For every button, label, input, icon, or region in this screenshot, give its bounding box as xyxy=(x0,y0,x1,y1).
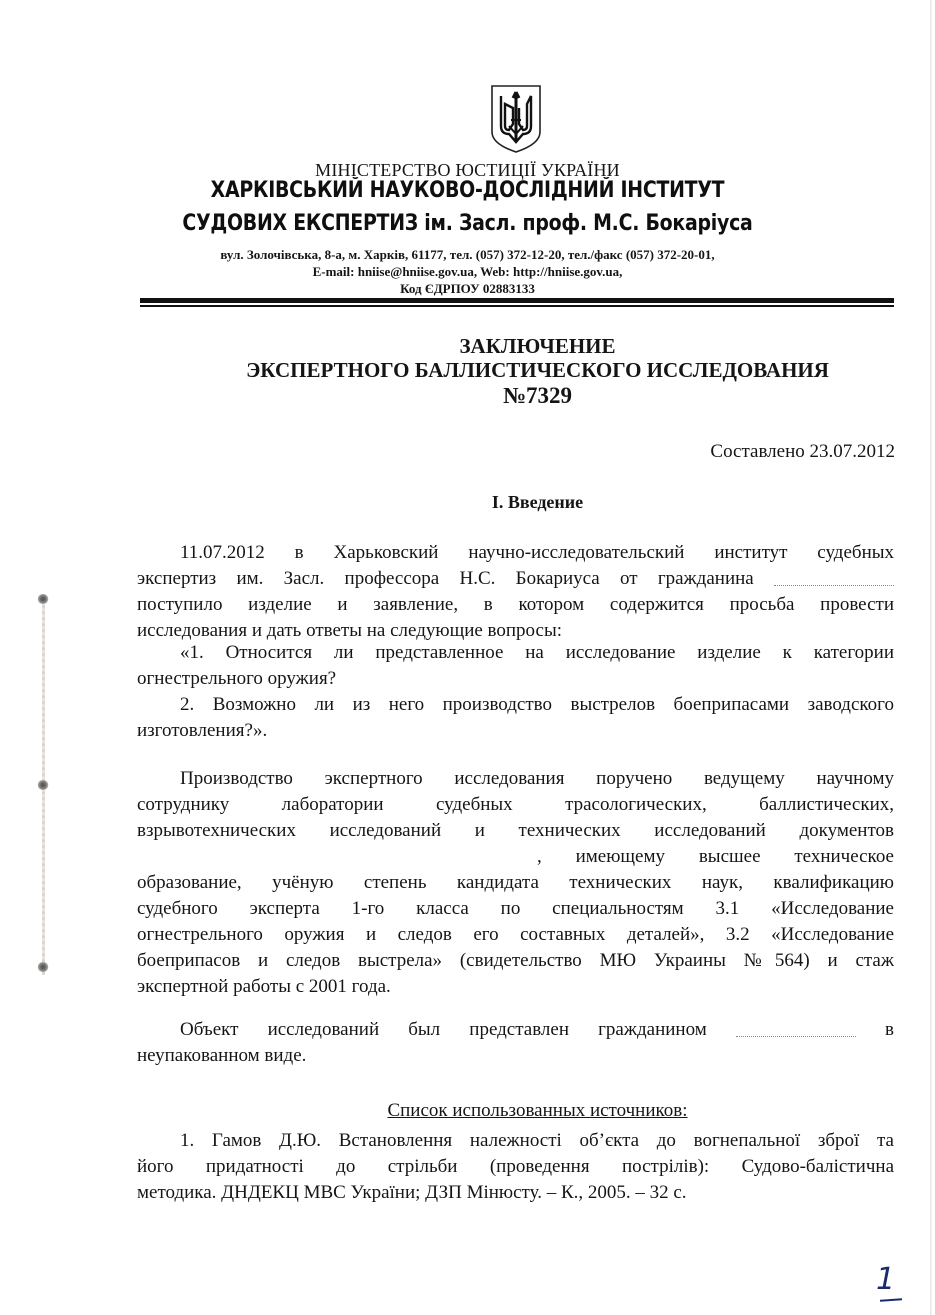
question-1-line: «1. Относится ли представленное на иссле… xyxy=(137,640,894,666)
institute-name-line2: СУДОВИХ ЕКСПЕРТИЗ ім. Засл. проф. М.С. Б… xyxy=(65,211,869,236)
institute-email-web: E-mail: hniise@hniise.gov.ua, Web: http:… xyxy=(0,263,935,280)
thread-knot-top xyxy=(37,594,49,604)
references-heading: Список использованных источников: xyxy=(0,1100,935,1122)
institute-address: вул. Золочівська, 8-а, м. Харків, 61177,… xyxy=(0,246,935,263)
question-2-line: 2. Возможно ли из него производство выст… xyxy=(137,692,894,718)
thread-knot-middle xyxy=(37,780,49,790)
paragraph-line: судебного эксперта 1-го класса по специа… xyxy=(137,896,894,922)
question-2-line: изготовления?». xyxy=(137,718,894,744)
paragraph-line-with-redaction: экспертиз им. Засл. профессора Н.С. Бока… xyxy=(137,566,894,592)
document-title-line2: ЭКСПЕРТНОГО БАЛЛИСТИЧЕСКОГО ИССЛЕДОВАНИЯ xyxy=(0,358,935,383)
letterhead-separator-thin xyxy=(140,305,894,307)
paragraph-line: неупакованном виде. xyxy=(137,1043,894,1069)
question-1-line: огнестрельного оружия? xyxy=(137,666,894,692)
paragraph-line: сотруднику лаборатории судебных трасолог… xyxy=(137,792,894,818)
paragraph-line-text: в xyxy=(885,1019,894,1040)
document-number: №7329 xyxy=(0,383,935,409)
compiled-date: Составлено 23.07.2012 xyxy=(710,441,895,463)
paragraph-line: образование, учёную степень кандидата те… xyxy=(137,870,894,896)
institute-name-line1: ХАРКІВСЬКИЙ НАУКОВО-ДОСЛІДНИЙ ІНСТИТУТ xyxy=(65,178,869,203)
paragraph-line: экспертной работы с 2001 года. xyxy=(137,974,894,1000)
thread-knot-bottom xyxy=(37,962,49,972)
reference-line: методика. ДНДЕКЦ МВС України; ДЗП Мінюст… xyxy=(137,1180,894,1206)
reference-line: його придатності до стрільби (проведення… xyxy=(137,1154,894,1180)
questions-paragraph: «1. Относится ли представленное на иссле… xyxy=(137,640,894,744)
object-paragraph: Объект исследований был представлен граж… xyxy=(137,1017,894,1069)
paragraph-line: 11.07.2012 в Харьковский научно-исследов… xyxy=(137,540,894,566)
handwritten-page-number: 1 xyxy=(876,1262,895,1297)
letterhead-separator-thick xyxy=(140,298,894,303)
redacted-name xyxy=(736,1024,856,1037)
document-title-line1: ЗАКЛЮЧЕНИЕ xyxy=(0,334,935,359)
intro-paragraph: 11.07.2012 в Харьковский научно-исследов… xyxy=(137,540,894,644)
paragraph-line: поступило изделие и заявление, в котором… xyxy=(137,592,894,618)
paragraph-line: взрывотехнических исследований и техниче… xyxy=(137,818,894,844)
expert-assignment-paragraph: Производство экспертного исследования по… xyxy=(137,766,894,1000)
section-heading-introduction: I. Введение xyxy=(0,492,935,513)
paragraph-line: боеприпасов и следов выстрела» (свидетел… xyxy=(137,948,894,974)
paragraph-line-with-redaction: Объект исследований был представлен граж… xyxy=(137,1017,894,1043)
page-number-underline xyxy=(880,1298,902,1302)
paragraph-line: огнестрельного оружия и следов его соста… xyxy=(137,922,894,948)
paragraph-line-text: Объект исследований был представлен граж… xyxy=(180,1019,707,1040)
redacted-name xyxy=(774,573,894,586)
paragraph-line: Производство экспертного исследования по… xyxy=(137,766,894,792)
paragraph-line-text: экспертиз им. Засл. профессора Н.С. Бока… xyxy=(137,568,754,589)
reference-item: 1. Гамов Д.Ю. Встановлення належності об… xyxy=(137,1128,894,1206)
trident-emblem-icon xyxy=(489,84,543,154)
paragraph-line: , имеющему высшее техническое xyxy=(137,844,894,870)
institute-edrpou-code: Код ЄДРПОУ 02883133 xyxy=(0,280,935,297)
reference-line: 1. Гамов Д.Ю. Встановлення належності об… xyxy=(137,1128,894,1154)
